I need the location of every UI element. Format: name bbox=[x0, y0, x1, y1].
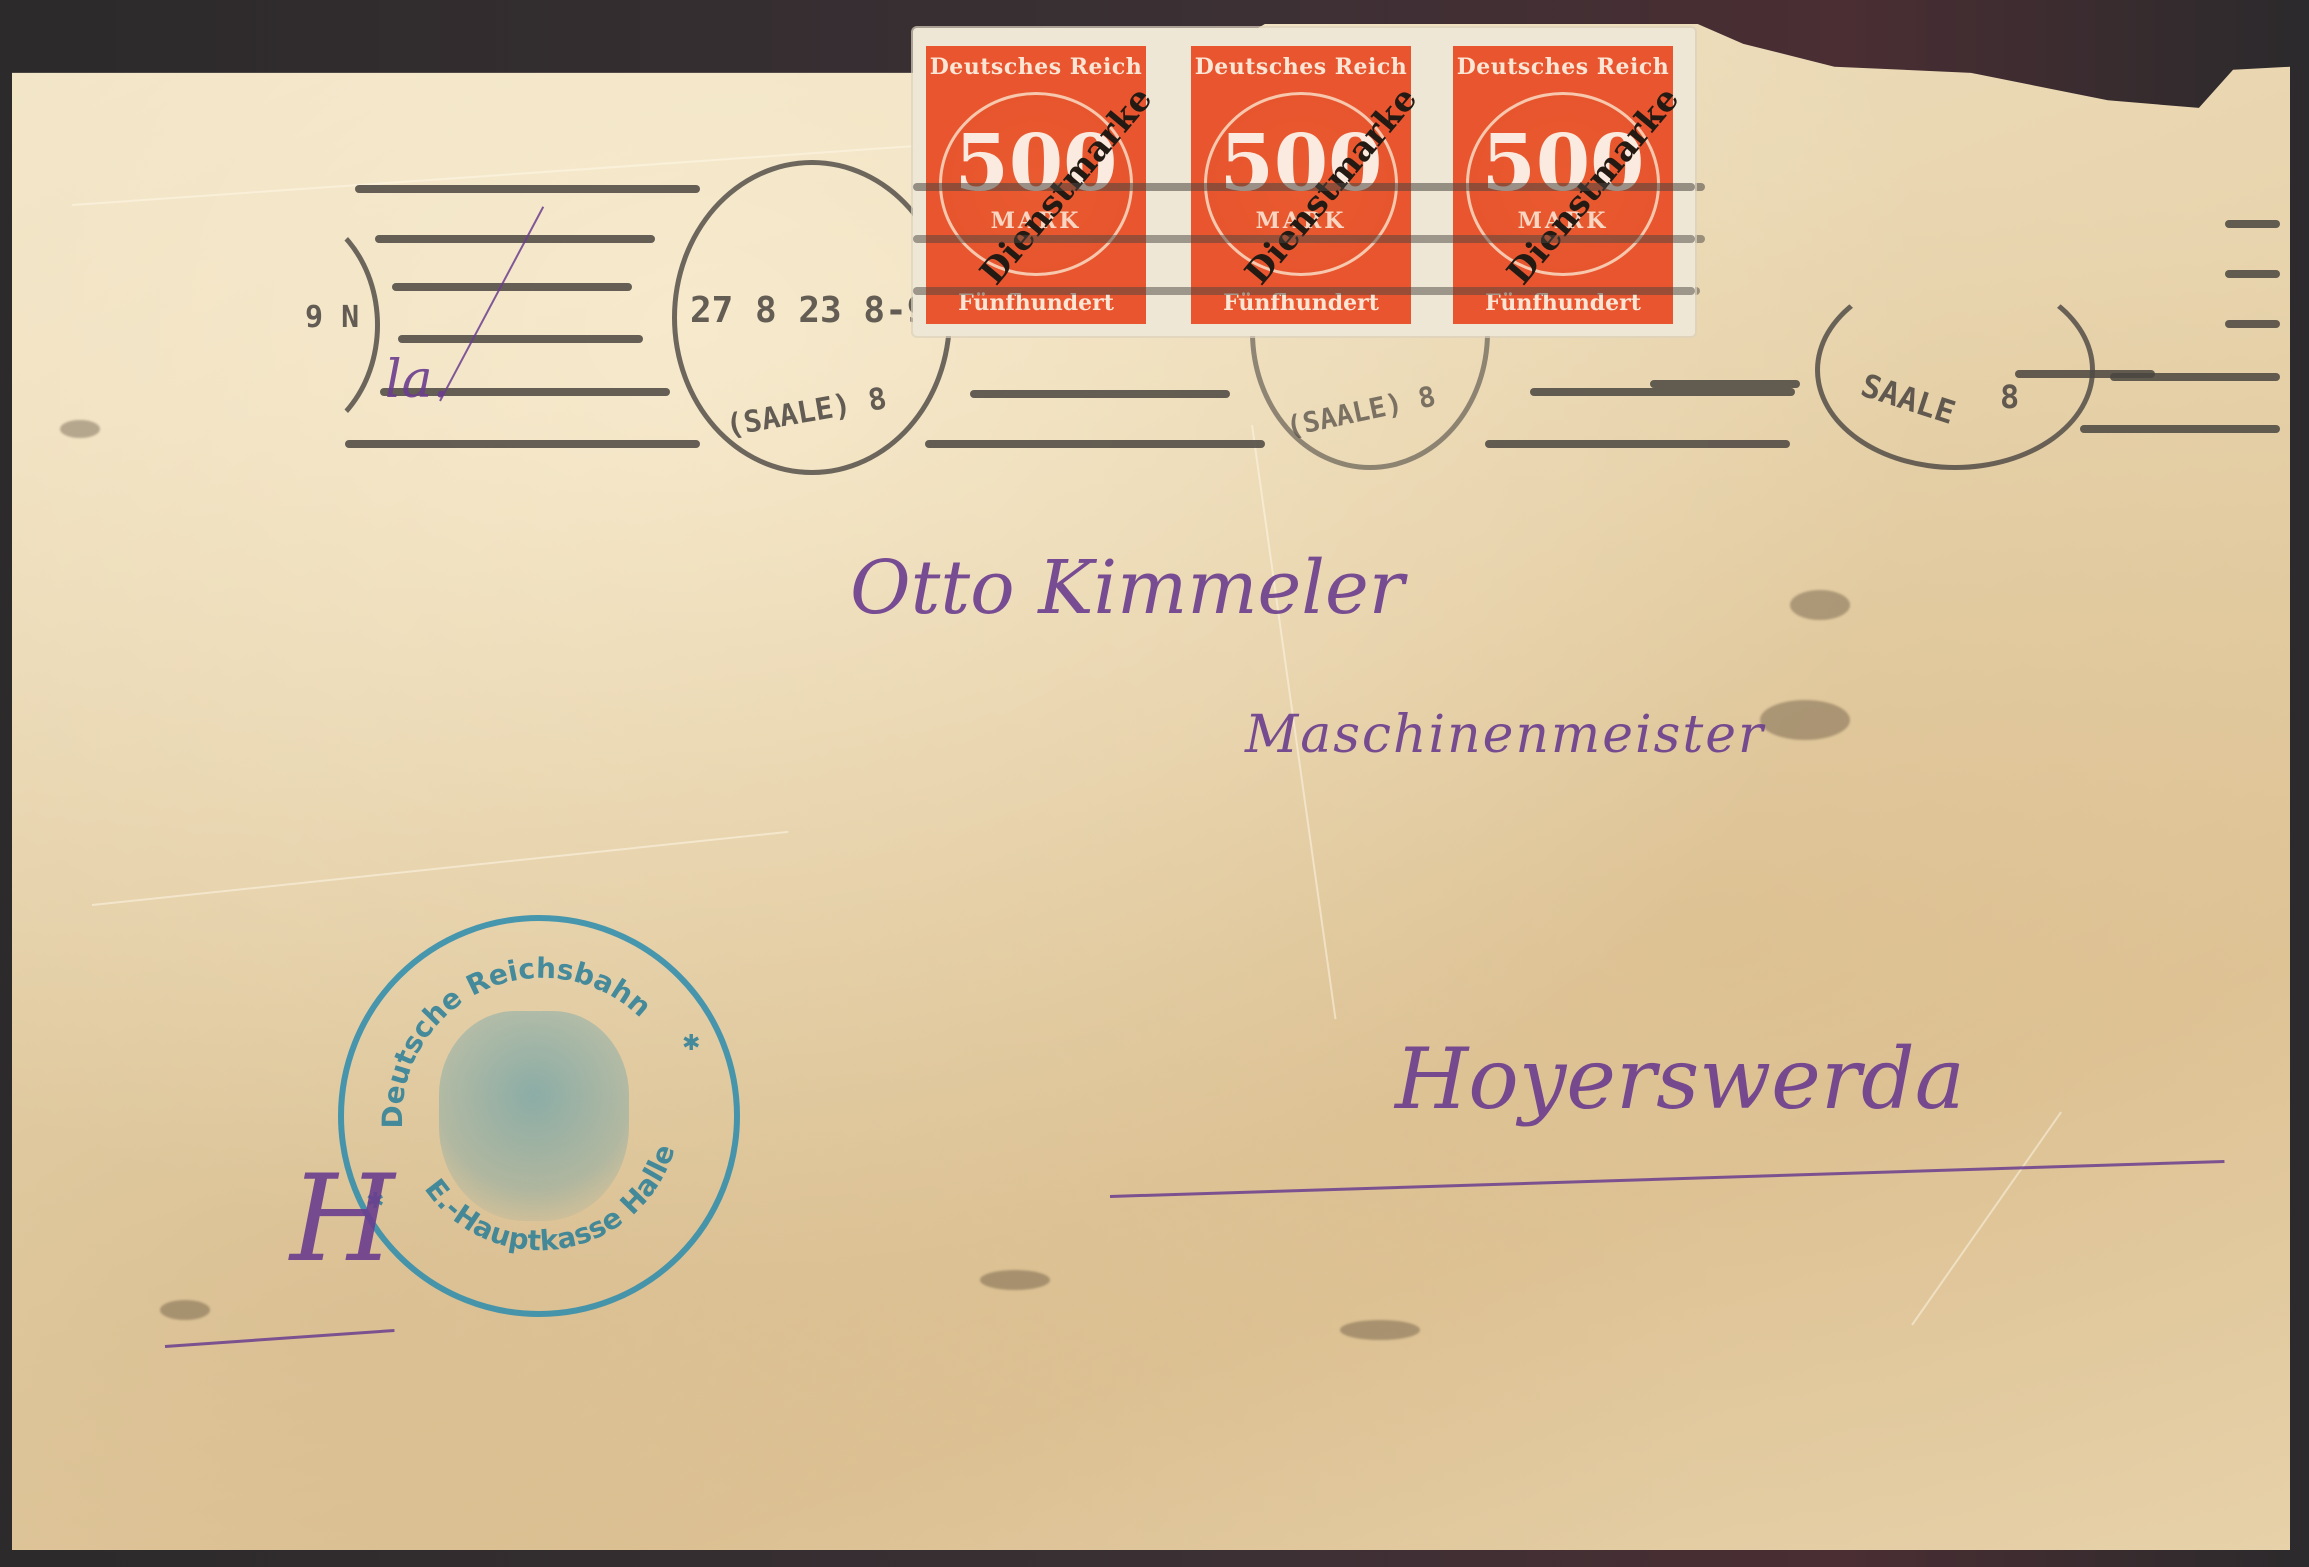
cancel-bar bbox=[913, 287, 1695, 295]
age-spot bbox=[1760, 700, 1850, 740]
stamp-strip: Deutsches Reich 500 MARK Fünfhundert Die… bbox=[913, 28, 1695, 336]
cancel-bar bbox=[375, 235, 655, 243]
seal-text-ring: Deutsche Reichsbahn E.-Hauptkasse Halle … bbox=[344, 921, 734, 1311]
cancel-bar bbox=[913, 183, 1695, 191]
paper-crease bbox=[1911, 1111, 2062, 1325]
cancel-bar bbox=[2080, 425, 2280, 433]
cancel-bar bbox=[2225, 270, 2280, 278]
age-spot bbox=[1790, 590, 1850, 620]
cancel-bar bbox=[2110, 373, 2280, 381]
age-spot bbox=[980, 1270, 1050, 1290]
cancel-bar bbox=[2225, 320, 2280, 328]
age-spot bbox=[60, 420, 100, 438]
envelope-photo: 9 N 27 8 23 8-9 (SAALE) 8 (SAALE) 8 SAAL… bbox=[0, 0, 2309, 1567]
age-spot bbox=[1340, 1320, 1420, 1340]
cancel-bar bbox=[2225, 220, 2280, 228]
cancel-bar bbox=[1650, 380, 1800, 388]
cancel-bar bbox=[398, 335, 643, 343]
svg-text:Deutsche Reichsbahn: Deutsche Reichsbahn bbox=[376, 952, 658, 1129]
stamp-country: Deutsches Reich bbox=[1457, 54, 1670, 80]
cancel-bar bbox=[1485, 440, 1790, 448]
paper-crease bbox=[92, 831, 788, 906]
cancel-bar bbox=[392, 283, 632, 291]
stamp-country: Deutsches Reich bbox=[1195, 54, 1408, 80]
cancel-bar bbox=[355, 185, 700, 193]
cancel-bar bbox=[970, 390, 1230, 398]
recipient-occupation: Maschinenmeister bbox=[1245, 705, 1765, 765]
recipient-city: Hoyerswerda bbox=[1395, 1030, 1965, 1128]
cancel-bar bbox=[913, 235, 1695, 243]
official-seal: Deutsche Reichsbahn E.-Hauptkasse Halle … bbox=[338, 915, 740, 1317]
star-icon: ✱ bbox=[682, 1031, 700, 1056]
signature-initial: H bbox=[290, 1150, 395, 1289]
postmark-fragment-text: 9 N bbox=[305, 300, 359, 335]
recipient-name: Otto Kimmeler bbox=[850, 545, 1404, 631]
cancel-bar bbox=[925, 440, 1265, 448]
age-spot bbox=[160, 1300, 210, 1320]
cancel-bar bbox=[345, 440, 700, 448]
postmark-right-number: 8 bbox=[2000, 378, 2019, 416]
cancel-bar bbox=[1530, 388, 1795, 396]
postmark-right bbox=[1815, 270, 2095, 470]
stamp-country: Deutsches Reich bbox=[930, 54, 1143, 80]
seal-top-text: Deutsche Reichsbahn bbox=[376, 952, 658, 1129]
postmark-main-date: 27 8 23 8-9 bbox=[690, 290, 928, 331]
